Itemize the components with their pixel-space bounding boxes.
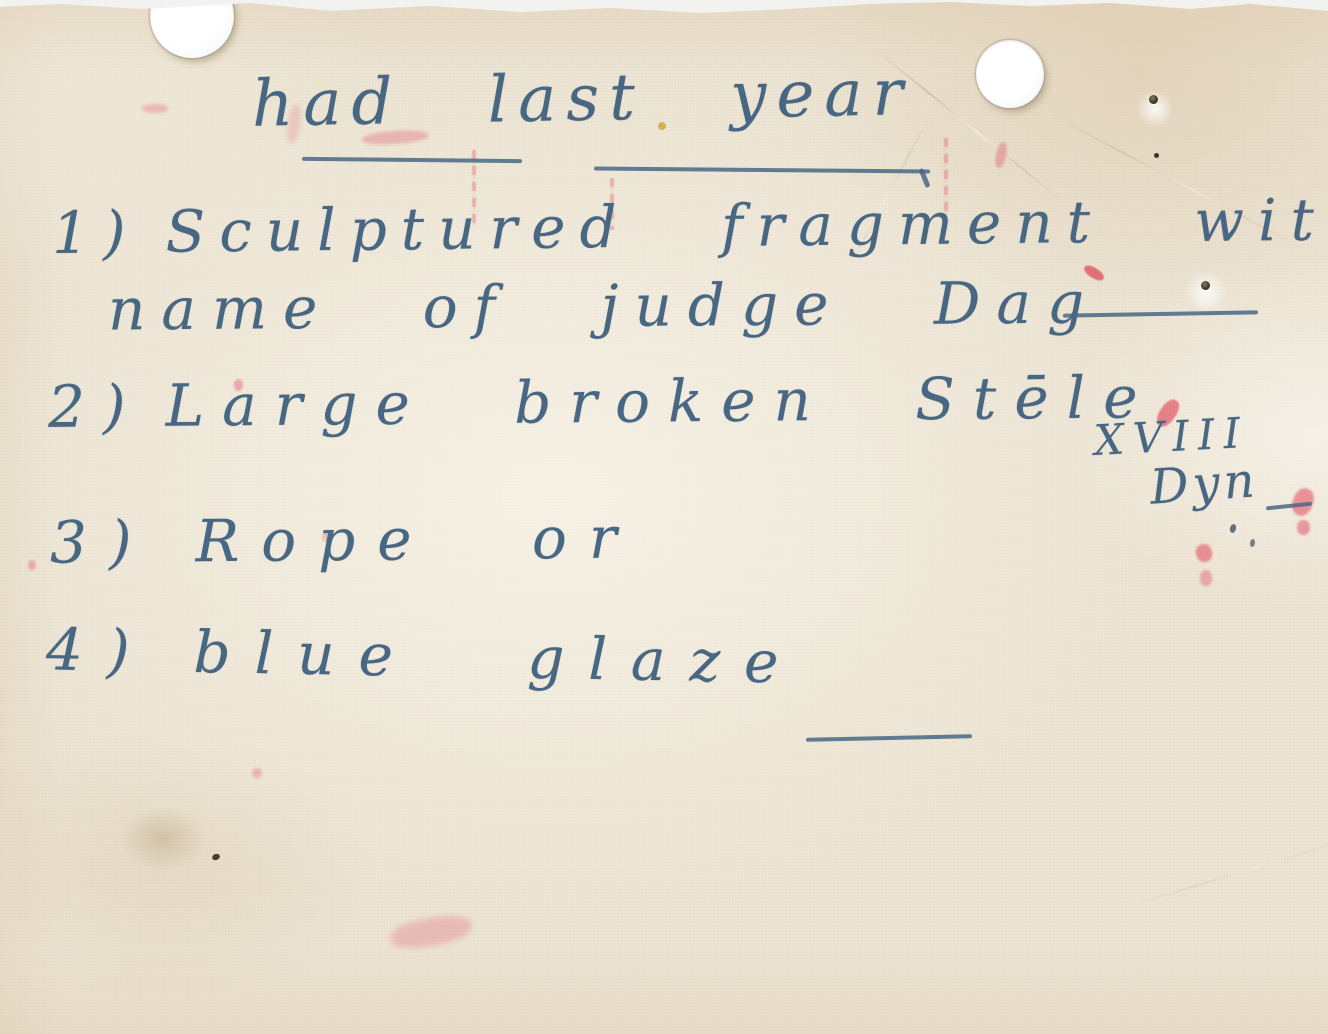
item-1-text: Sculptured fragment with [165, 185, 1328, 266]
red-crayon-mark [28, 560, 36, 570]
list-item-2: 2)Large broken Stēle [48, 363, 1156, 441]
pin-hole [1201, 281, 1210, 290]
margin-note-dyn: Dyn [1148, 452, 1260, 515]
red-crayon-mark [142, 104, 168, 113]
red-crayon-mark [1297, 520, 1310, 535]
ink-speck [1229, 523, 1237, 533]
item-2-number: 2) [48, 372, 144, 441]
item-3-number: 3) [50, 508, 154, 577]
ink-dash-after-glaze [806, 734, 972, 741]
list-item-3: 3)Rope or [50, 503, 639, 576]
red-crayon-mark [388, 911, 474, 953]
scan-background: had last year 1)Sculptured fragment with… [0, 0, 1328, 1034]
item-3-text: Rope or [195, 503, 639, 575]
note-paper: had last year 1)Sculptured fragment with… [0, 0, 1328, 1034]
note-title: had last year [251, 56, 913, 142]
red-crayon-mark [252, 768, 262, 778]
red-crayon-mark [1200, 570, 1212, 586]
item-4-number: 4) [45, 615, 154, 685]
item-2-text: Large broken Stēle [165, 363, 1156, 440]
punch-hole-left [150, 0, 234, 58]
paper-pucker [1186, 268, 1226, 316]
item-1-number: 1) [52, 198, 140, 267]
list-item-4: 4)blue glaze [45, 615, 803, 696]
item-4-text: blue glaze [193, 618, 803, 697]
title-underline-right [594, 167, 930, 174]
title-underline-left [302, 157, 522, 163]
punch-hole-right [976, 40, 1044, 108]
crease [1130, 835, 1328, 907]
pin-hole [1149, 95, 1158, 104]
ink-speck [1154, 153, 1159, 158]
ink-speck [211, 853, 221, 861]
list-item-1-line-2: name of judge Dag [108, 269, 1101, 344]
ink-speck [1249, 539, 1255, 548]
stain [118, 806, 208, 870]
list-item-1-line-1: 1)Sculptured fragment with [52, 185, 1328, 267]
red-crayon-mark [1194, 542, 1215, 564]
